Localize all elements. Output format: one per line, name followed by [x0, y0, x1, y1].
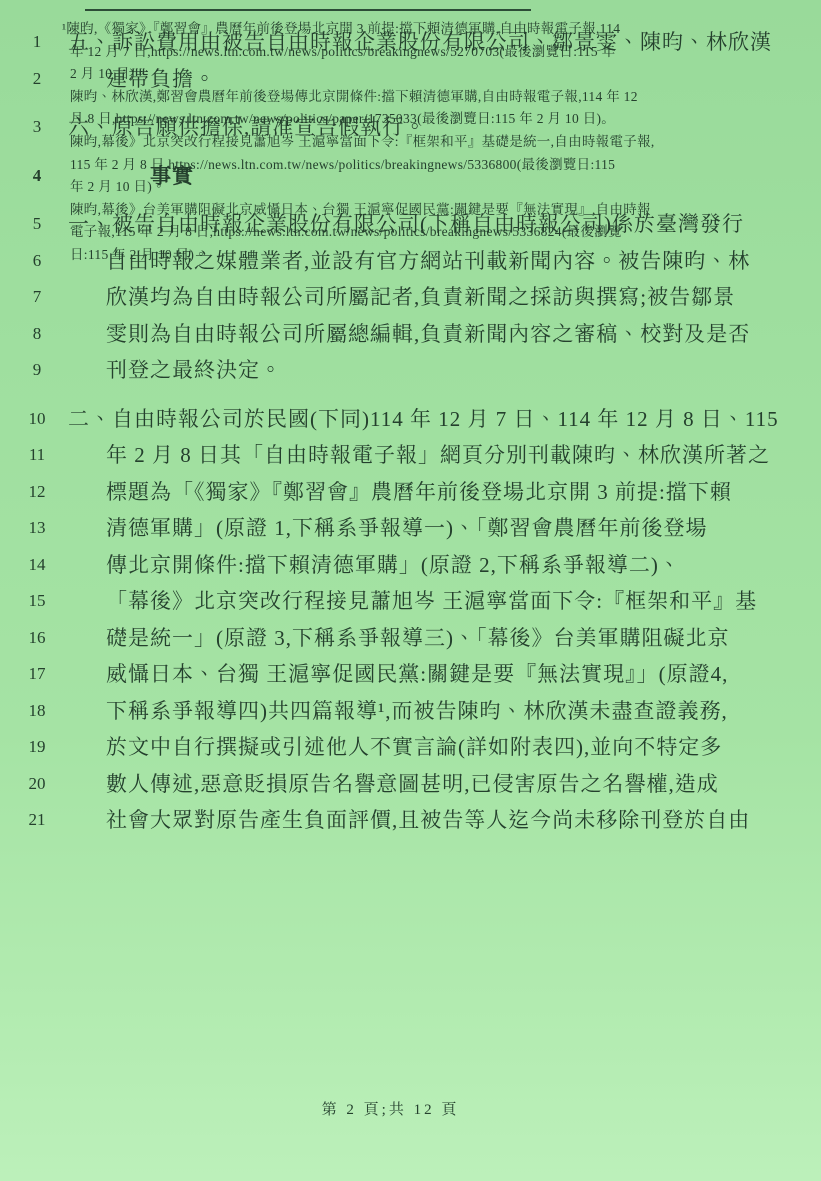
line-number: 8: [14, 316, 60, 353]
line-number: 14: [14, 547, 60, 584]
document-line: 11年 2 月 8 日其「自由時報電子報」網頁分別刊載陳昀、林欣漢所著之: [0, 437, 821, 474]
footnote-separator: [85, 9, 531, 11]
line-number: 21: [14, 802, 60, 839]
document-line: 3六、原告願供擔保,請准宣告假執行。: [0, 109, 821, 146]
line-number: 2: [14, 61, 60, 98]
line-number: 15: [14, 583, 60, 620]
line-text: 於文中自行撰擬或引述他人不實言論(詳如附表四),並向不特定多: [106, 735, 722, 759]
document-line: 12標題為「《獨家》『鄭習會』農曆年前後登場北京開 3 前提:擋下賴: [0, 474, 821, 511]
line-number: 10: [14, 401, 60, 438]
line-text: 標題為「《獨家》『鄭習會』農曆年前後登場北京開 3 前提:擋下賴: [106, 480, 732, 504]
line-text: 六、原告願供擔保,請准宣告假執行。: [68, 115, 426, 139]
line-number: 6: [14, 243, 60, 280]
document-page: 1五、訴訟費用由被告自由時報企業股份有限公司、鄒景雯、陳昀、林欣漢2連帶負擔。3…: [0, 0, 821, 1181]
line-text: 「幕後》北京突改行程接見蕭旭岑 王滬寧當面下令:『框架和平』基: [106, 589, 757, 613]
line-text: 自由時報之媒體業者,並設有官方網站刊載新聞內容。被告陳昀、林: [106, 249, 750, 273]
document-line: 4事實: [0, 158, 821, 195]
document-line: 15「幕後》北京突改行程接見蕭旭岑 王滬寧當面下令:『框架和平』基: [0, 583, 821, 620]
line-number: 11: [14, 437, 60, 474]
line-number: 12: [14, 474, 60, 511]
line-number: 17: [14, 656, 60, 693]
line-text: 年 2 月 8 日其「自由時報電子報」網頁分別刊載陳昀、林欣漢所著之: [106, 443, 770, 467]
document-line: 16礎是統一」(原證 3,下稱系爭報導三)、「幕後》台美軍購阻礙北京: [0, 620, 821, 657]
document-line: 1五、訴訟費用由被告自由時報企業股份有限公司、鄒景雯、陳昀、林欣漢: [0, 24, 821, 61]
line-text: 事實: [150, 164, 194, 188]
document-line: 17威懾日本、台獨 王滬寧促國民黨:關鍵是要『無法實現』」(原證4,: [0, 656, 821, 693]
page-number-footer: 第 2 頁;共 12 頁: [0, 1098, 801, 1119]
line-text: 下稱系爭報導四)共四篇報導¹,而被告陳昀、林欣漢未盡查證義務,: [106, 699, 728, 723]
line-number: 19: [14, 729, 60, 766]
document-line: 2連帶負擔。: [0, 61, 821, 98]
document-line: 19於文中自行撰擬或引述他人不實言論(詳如附表四),並向不特定多: [0, 729, 821, 766]
document-line: 20數人傳述,惡意貶損原告名譽意圖甚明,已侵害原告之名譽權,造成: [0, 766, 821, 803]
line-text: 連帶負擔。: [106, 67, 216, 91]
line-number: 9: [14, 352, 60, 389]
line-text: 清德軍購」(原證 1,下稱系爭報導一)、「鄭習會農曆年前後登場: [106, 516, 707, 540]
document-line: 8雯則為自由時報公司所屬總編輯,負責新聞內容之審稿、校對及是否: [0, 316, 821, 353]
line-number: 4: [14, 158, 60, 195]
line-text: 傳北京開條件:擋下賴清德軍購」(原證 2,下稱系爭報導二)、: [106, 553, 681, 577]
document-line: 5一、被告自由時報企業股份有限公司(下稱自由時報公司)係於臺灣發行: [0, 206, 821, 243]
line-text: 威懾日本、台獨 王滬寧促國民黨:關鍵是要『無法實現』」(原證4,: [106, 662, 728, 686]
line-text: 刊登之最終決定。: [106, 358, 282, 382]
line-number: 16: [14, 620, 60, 657]
line-text: 數人傳述,惡意貶損原告名譽意圖甚明,已侵害原告之名譽權,造成: [106, 772, 719, 796]
document-line: 18下稱系爭報導四)共四篇報導¹,而被告陳昀、林欣漢未盡查證義務,: [0, 693, 821, 730]
line-number: 3: [14, 109, 60, 146]
line-text: 社會大眾對原告產生負面評價,且被告等人迄今尚未移除刊登於自由: [106, 808, 750, 832]
line-number: 13: [14, 510, 60, 547]
document-line: 6自由時報之媒體業者,並設有官方網站刊載新聞內容。被告陳昀、林: [0, 243, 821, 280]
document-line: 9刊登之最終決定。: [0, 352, 821, 389]
line-text: 雯則為自由時報公司所屬總編輯,負責新聞內容之審稿、校對及是否: [106, 322, 750, 346]
line-number: 5: [14, 206, 60, 243]
document-line: 13清德軍購」(原證 1,下稱系爭報導一)、「鄭習會農曆年前後登場: [0, 510, 821, 547]
line-number: 1: [14, 24, 60, 61]
document-line: 10二、自由時報公司於民國(下同)114 年 12 月 7 日、114 年 12…: [0, 401, 821, 438]
document-line: 7欣漢均為自由時報公司所屬記者,負責新聞之採訪與撰寫;被告鄒景: [0, 279, 821, 316]
line-text: 二、自由時報公司於民國(下同)114 年 12 月 7 日、114 年 12 月…: [68, 407, 779, 431]
document-line: 14傳北京開條件:擋下賴清德軍購」(原證 2,下稱系爭報導二)、: [0, 547, 821, 584]
line-text: 一、被告自由時報企業股份有限公司(下稱自由時報公司)係於臺灣發行: [68, 212, 744, 236]
line-number: 18: [14, 693, 60, 730]
line-text: 欣漢均為自由時報公司所屬記者,負責新聞之採訪與撰寫;被告鄒景: [106, 285, 735, 309]
document-line: 21社會大眾對原告產生負面評價,且被告等人迄今尚未移除刊登於自由: [0, 802, 821, 839]
document-body: 1五、訴訟費用由被告自由時報企業股份有限公司、鄒景雯、陳昀、林欣漢2連帶負擔。3…: [0, 24, 821, 839]
line-text: 五、訴訟費用由被告自由時報企業股份有限公司、鄒景雯、陳昀、林欣漢: [68, 30, 772, 54]
line-text: 礎是統一」(原證 3,下稱系爭報導三)、「幕後》台美軍購阻礙北京: [106, 626, 729, 650]
line-number: 7: [14, 279, 60, 316]
line-number: 20: [14, 766, 60, 803]
